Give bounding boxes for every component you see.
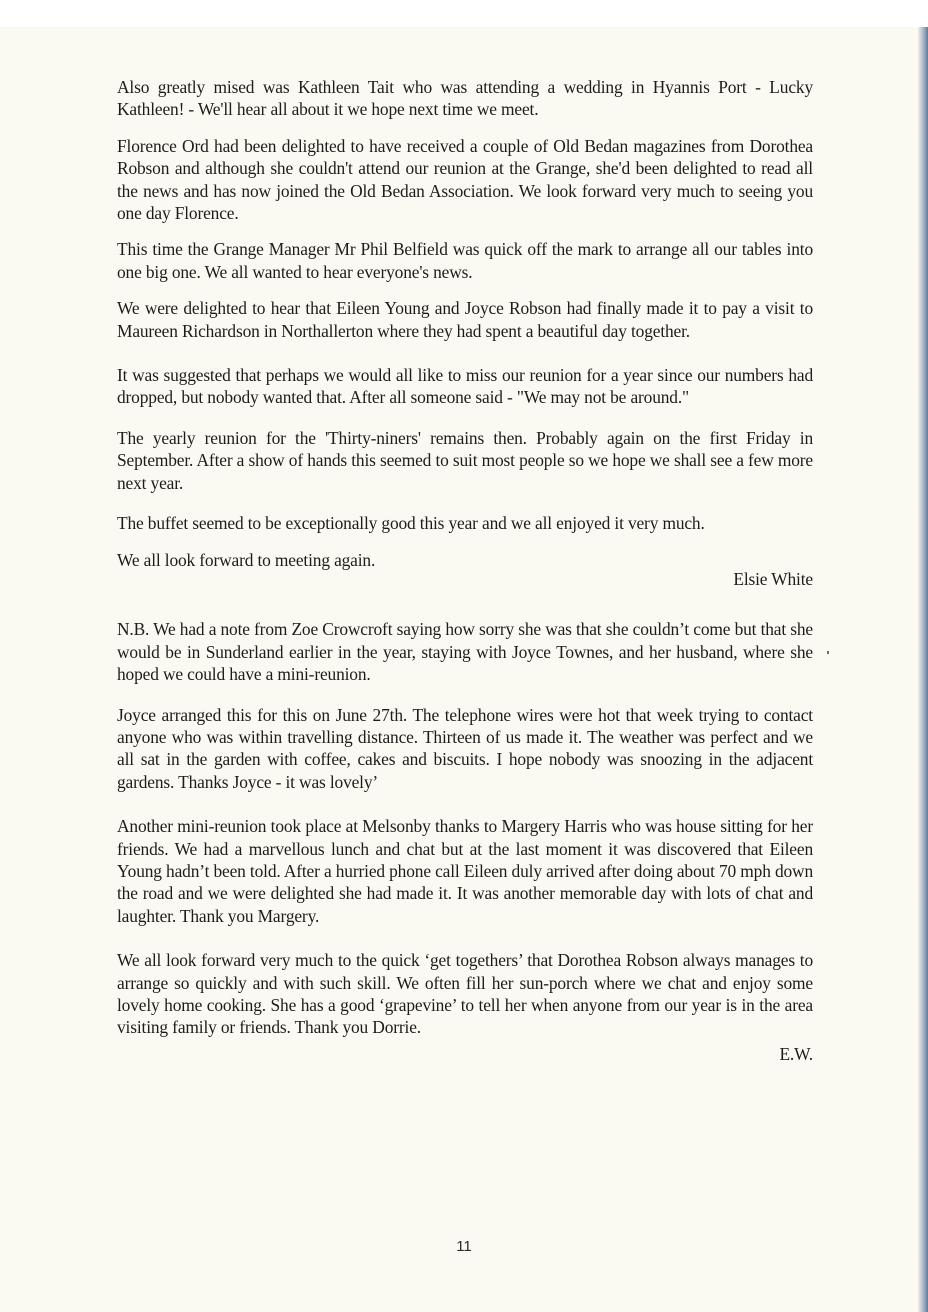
page-edge-shadow [918,27,928,1312]
paragraph-dorothea-robson: We all look forward very much to the qui… [117,949,813,1039]
page-number: 11 [0,1238,928,1255]
paragraph-northallerton-visit: We were delighted to hear that Eileen Yo… [117,297,813,342]
paragraph-grange-manager: This time the Grange Manager Mr Phil Bel… [117,238,813,283]
paragraph-melsonby-reunion: Another mini-reunion took place at Melso… [117,815,813,927]
signature-elsie-white: Elsie White [117,568,813,590]
paragraph-yearly-reunion: The yearly reunion for the 'Thirty-niner… [117,427,813,494]
article-body: Also greatly mised was Kathleen Tait who… [117,76,813,1093]
scan-top-margin [0,0,928,27]
paragraph-buffet: The buffet seemed to be exceptionally go… [117,512,813,534]
paragraph-june-reunion: Joyce arranged this for this on June 27t… [117,704,813,794]
paragraph-florence-ord: Florence Ord had been delighted to have … [117,135,813,225]
paragraph-kathleen-tait: Also greatly mised was Kathleen Tait who… [117,76,813,121]
paragraph-nb-zoe-crowcroft: N.B. We had a note from Zoe Crowcroft sa… [117,618,813,685]
paragraph-miss-reunion: It was suggested that perhaps we would a… [117,364,813,409]
signature-initials: E.W. [117,1043,813,1065]
scan-dust-speck [827,651,829,654]
